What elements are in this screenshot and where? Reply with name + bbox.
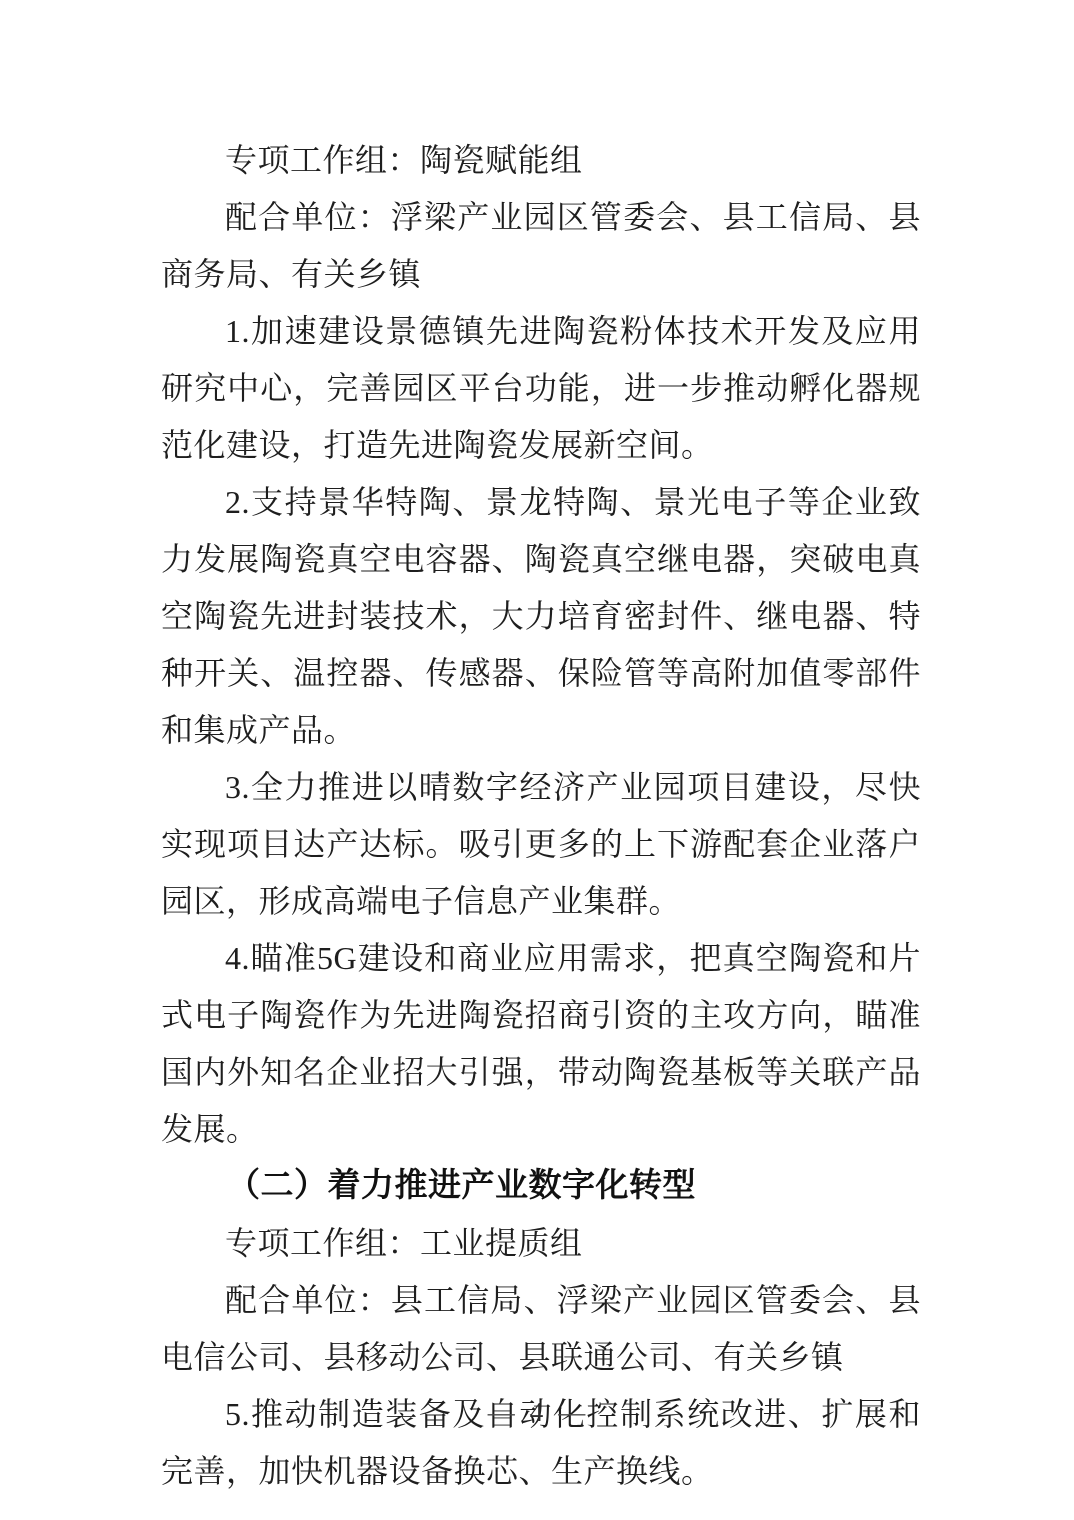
paragraph-special-workgroup-ceramics: 专项工作组：陶瓷赋能组 bbox=[161, 132, 921, 189]
page-number: 4 bbox=[530, 1390, 545, 1434]
paragraph-cooperating-units-industry: 配合单位：县工信局、浮梁产业园区管委会、县电信公司、县移动公司、县联通公司、有关… bbox=[161, 1272, 921, 1386]
footer-dash-right: — bbox=[558, 1390, 586, 1434]
paragraph-item-4: 4.瞄准5G建设和商业应用需求，把真空陶瓷和片式电子陶瓷作为先进陶瓷招商引资的主… bbox=[161, 930, 921, 1158]
paragraph-cooperating-units-ceramics: 配合单位：浮梁产业园区管委会、县工信局、县商务局、有关乡镇 bbox=[161, 189, 921, 303]
page-footer: —4— bbox=[0, 1390, 1074, 1434]
paragraph-item-3: 3.全力推进以晴数字经济产业园项目建设，尽快实现项目达产达标。吸引更多的上下游配… bbox=[161, 759, 921, 930]
document-body: 专项工作组：陶瓷赋能组 配合单位：浮梁产业园区管委会、县工信局、县商务局、有关乡… bbox=[161, 132, 921, 1500]
footer-dash-left: — bbox=[488, 1390, 516, 1434]
paragraph-special-workgroup-industry: 专项工作组：工业提质组 bbox=[161, 1215, 921, 1272]
document-page: 专项工作组：陶瓷赋能组 配合单位：浮梁产业园区管委会、县工信局、县商务局、有关乡… bbox=[0, 0, 1074, 1520]
paragraph-item-2: 2.支持景华特陶、景龙特陶、景光电子等企业致力发展陶瓷真空电容器、陶瓷真空继电器… bbox=[161, 474, 921, 759]
section-heading-2-digital-transformation: （二）着力推进产业数字化转型 bbox=[161, 1158, 921, 1215]
paragraph-item-1: 1.加速建设景德镇先进陶瓷粉体技术开发及应用研究中心，完善园区平台功能，进一步推… bbox=[161, 303, 921, 474]
